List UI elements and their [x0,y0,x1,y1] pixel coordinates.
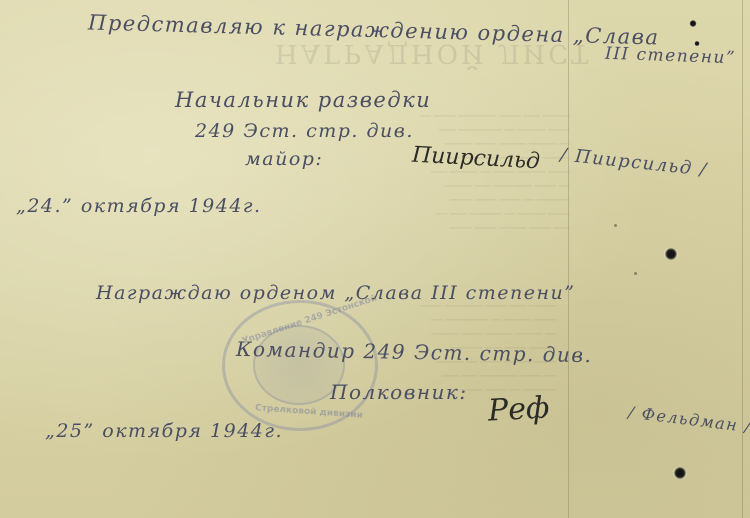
award-decision-line: Награждаю орденом „Слава III степени” [96,282,576,304]
rank-major: майор: [245,148,323,170]
fold-line [742,0,743,518]
paper-hole [664,248,678,260]
ink-speck [634,272,637,275]
division-stamp: Управление 249 Эстонской Стрелковой диви… [222,300,378,431]
recommendation-date: „24.” октября 1944г. [16,195,262,217]
award-document-page: НАГРАДНОЙ ЛИСТ ───── ─── ──── ─────── ──… [0,0,750,518]
position-chief-intelligence: Начальник разведки [175,88,431,112]
name-major: / Пиирсильд / [559,144,708,180]
rank-colonel: Полковник: [330,380,468,404]
signature-colonel: Реф [487,390,550,428]
ink-speck [614,224,617,227]
bleedthrough-text: ───── ─── ──── ─────── ──── ────── ─────… [420,110,570,236]
paper-hole [689,20,697,27]
fold-line [568,0,569,518]
name-colonel: / Фельдман / [627,403,750,437]
ink-speck [462,155,465,158]
paper-hole [673,467,687,479]
position-division: 249 Эст. стр. див. [195,120,414,142]
paper-hole [694,41,700,46]
recommendation-line-2: III степени” [605,44,737,69]
decision-date: „25” октября 1944г. [45,420,283,442]
stamp-text-bottom: Стрелковой дивизии [255,403,363,421]
